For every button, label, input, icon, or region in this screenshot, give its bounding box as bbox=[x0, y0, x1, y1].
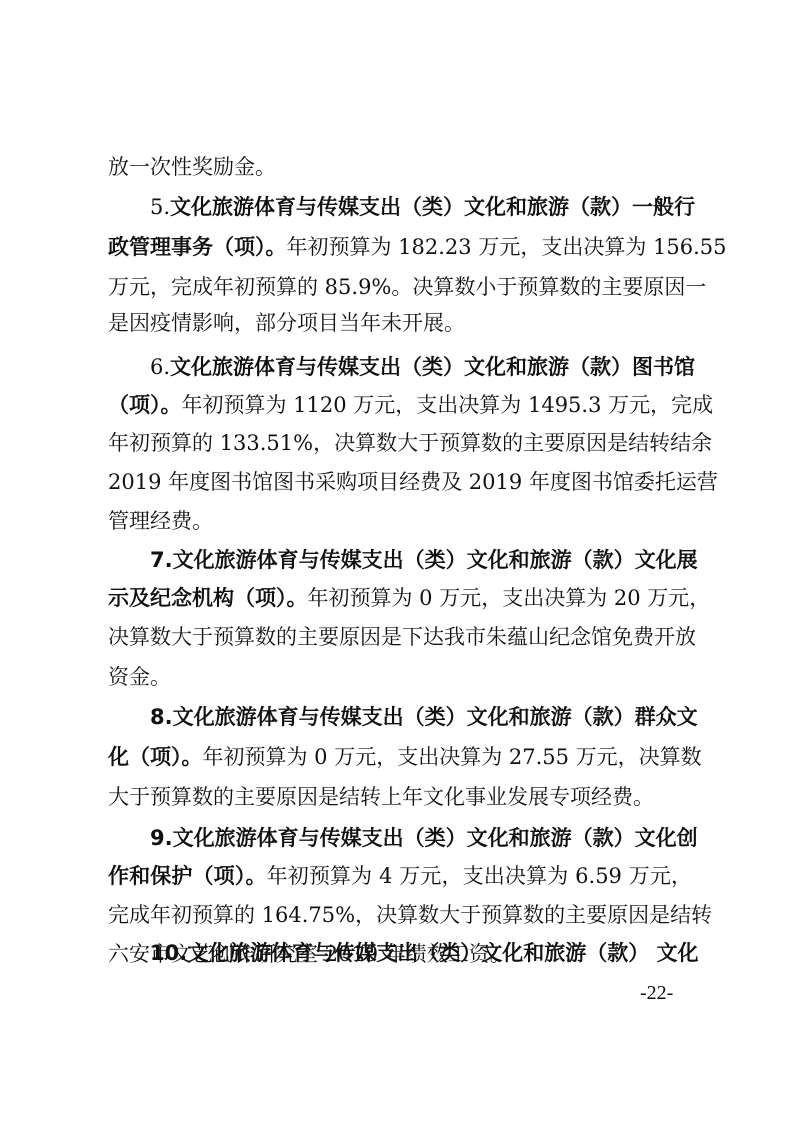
text-line: 年初预算的 133.51%，决算数大于预算数的主要原因是结转结余 bbox=[108, 428, 692, 458]
body-text: 年初预算的 133.51%，决算数大于预算数的主要原因是结转结余 bbox=[108, 431, 712, 455]
body-text: 年初预算为 0 万元，支出决算为 27.55 万元，决算数 bbox=[203, 745, 702, 769]
bold-heading-text: 示及纪念机构（项）。 bbox=[108, 586, 308, 610]
page-number: -22- bbox=[640, 982, 673, 1005]
bold-heading-text: 文化旅游体育与传媒支出（类）文化和旅游（款）图书馆 bbox=[170, 355, 695, 379]
text-line: 9.文化旅游体育与传媒支出（类）文化和旅游（款）文化创 bbox=[150, 823, 692, 853]
text-line: 10.文化旅游体育与传媒支出（类）文化和旅游（款） 文化 bbox=[150, 938, 692, 968]
body-text: 放一次性奖励金。 bbox=[108, 155, 276, 179]
text-line: 管理经费。 bbox=[108, 506, 692, 536]
text-line: 化（项）。年初预算为 0 万元，支出决算为 27.55 万元，决算数 bbox=[108, 742, 692, 772]
text-line: 万元，完成年初预算的 85.9%。决算数小于预算数的主要原因一 bbox=[108, 272, 692, 302]
bold-heading-text: 9.文化旅游体育与传媒支出（类）文化和旅游（款）文化创 bbox=[150, 826, 698, 850]
text-line: 作和保护（项）。年初预算为 4 万元，支出决算为 6.59 万元， bbox=[108, 861, 692, 891]
text-line: 7.文化旅游体育与传媒支出（类）文化和旅游（款）文化展 bbox=[150, 545, 692, 575]
text-line: 资金。 bbox=[108, 662, 692, 692]
bold-heading-text: 政管理事务（项）。 bbox=[108, 235, 287, 259]
body-text: 大于预算数的主要原因是结转上年文化事业发展专项经费。 bbox=[108, 785, 654, 809]
body-text: 年初预算为 0 万元，支出决算为 20 万元， bbox=[308, 586, 711, 610]
text-line: 5.文化旅游体育与传媒支出（类）文化和旅游（款）一般行 bbox=[150, 192, 692, 222]
body-text: 是因疫情影响，部分项目当年未开展。 bbox=[108, 311, 465, 335]
body-text: 资金。 bbox=[108, 665, 171, 689]
bold-heading-text: 作和保护（项）。 bbox=[108, 864, 267, 888]
bold-heading-text: 7.文化旅游体育与传媒支出（类）文化和旅游（款）文化展 bbox=[150, 548, 698, 572]
text-line: （项）。年初预算为 1120 万元，支出决算为 1495.3 万元，完成 bbox=[108, 390, 692, 420]
body-text: 完成年初预算的 164.75%，决算数大于预算数的主要原因是结转 bbox=[108, 903, 712, 927]
text-line: 是因疫情影响，部分项目当年未开展。 bbox=[108, 308, 692, 338]
body-text: 年初预算为 1120 万元，支出决算为 1495.3 万元，完成 bbox=[182, 393, 714, 417]
body-text: 年初预算为 182.23 万元，支出决算为 156.55 bbox=[287, 235, 727, 259]
text-line: 完成年初预算的 164.75%，决算数大于预算数的主要原因是结转 bbox=[108, 900, 692, 930]
text-line: 8.文化旅游体育与传媒支出（类）文化和旅游（款）群众文 bbox=[150, 702, 692, 732]
body-text: 2019 年度图书馆图书采购项目经费及 2019 年度图书馆委托运营 bbox=[108, 470, 718, 494]
body-text: 万元，完成年初预算的 85.9%。决算数小于预算数的主要原因一 bbox=[108, 275, 706, 299]
bold-heading-text: 文化旅游体育与传媒支出（类）文化和旅游（款）一般行 bbox=[170, 195, 695, 219]
bold-heading-text: 10.文化旅游体育与传媒支出（类）文化和旅游（款） 文化 bbox=[150, 941, 699, 965]
text-line: 决算数大于预算数的主要原因是下达我市朱蕴山纪念馆免费开放 bbox=[108, 622, 692, 652]
body-text: 6. bbox=[150, 355, 170, 379]
text-line: 大于预算数的主要原因是结转上年文化事业发展专项经费。 bbox=[108, 782, 692, 812]
text-line: 6.文化旅游体育与传媒支出（类）文化和旅游（款）图书馆 bbox=[150, 352, 692, 382]
bold-heading-text: 化（项）。 bbox=[108, 745, 203, 769]
body-text: 5. bbox=[150, 195, 170, 219]
body-text: 决算数大于预算数的主要原因是下达我市朱蕴山纪念馆免费开放 bbox=[108, 625, 696, 649]
body-text: 管理经费。 bbox=[108, 509, 213, 533]
bold-heading-text: （项）。 bbox=[108, 393, 182, 417]
bold-heading-text: 8.文化旅游体育与传媒支出（类）文化和旅游（款）群众文 bbox=[150, 705, 698, 729]
text-line: 放一次性奖励金。 bbox=[108, 152, 692, 182]
body-text: 年初预算为 4 万元，支出决算为 6.59 万元， bbox=[267, 864, 692, 888]
text-line: 政管理事务（项）。年初预算为 182.23 万元，支出决算为 156.55 bbox=[108, 232, 692, 262]
text-line: 示及纪念机构（项）。年初预算为 0 万元，支出决算为 20 万元， bbox=[108, 583, 692, 613]
text-line: 2019 年度图书馆图书采购项目经费及 2019 年度图书馆委托运营 bbox=[108, 467, 692, 497]
